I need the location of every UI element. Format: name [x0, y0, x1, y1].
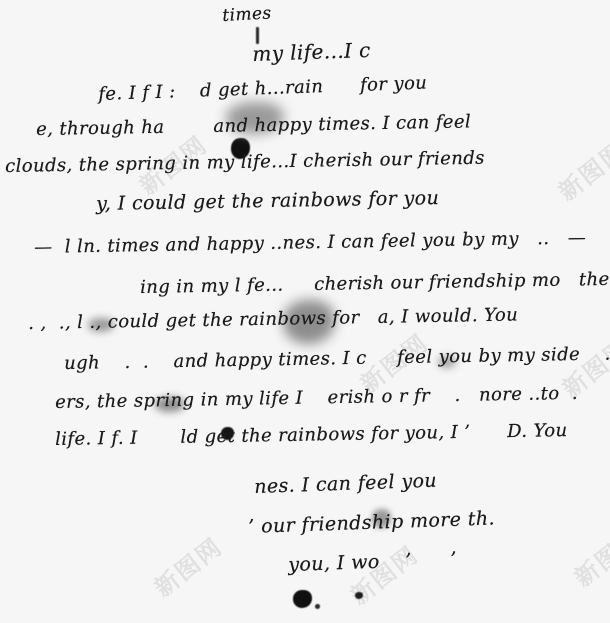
manuscript-line: ’ our friendship more th.: [248, 509, 495, 537]
manuscript-line: — l ln. times and happy ..nes. I can fee…: [34, 229, 586, 257]
manuscript-line: times: [222, 5, 272, 25]
manuscript-line: fe. I f I : d get h...rain for you: [98, 75, 428, 104]
manuscript-line: ing in my l fe... cherish our friendship…: [140, 271, 610, 297]
manuscript-image: 新图网新图网新图网新图网新图网新图网新图网 timesmy life...I c…: [0, 0, 610, 623]
manuscript-line: ugh . . and happy times. I c feel you by…: [64, 345, 610, 373]
manuscript-line: clouds, the spring in my life...I cheris…: [5, 150, 485, 176]
manuscript-line: my life...I c: [252, 40, 371, 64]
manuscript-line: . , ., l ., could get the rainbows for a…: [28, 306, 518, 333]
manuscript-line: y, I could get the rainbows for you: [96, 189, 439, 214]
manuscript-line: e, through ha and happy times. I can fee…: [36, 113, 471, 139]
manuscript-line: you, I wo ’ ’: [288, 550, 457, 575]
manuscript-line: ers, the spring in my life I erish o r f…: [55, 385, 578, 412]
manuscript-line: nes. I can feel you: [254, 472, 437, 497]
manuscript-line: life. I f. I ld get the rainbows for you…: [55, 422, 568, 449]
handwritten-text: timesmy life...I cfe. I f I : d get h...…: [0, 0, 610, 623]
